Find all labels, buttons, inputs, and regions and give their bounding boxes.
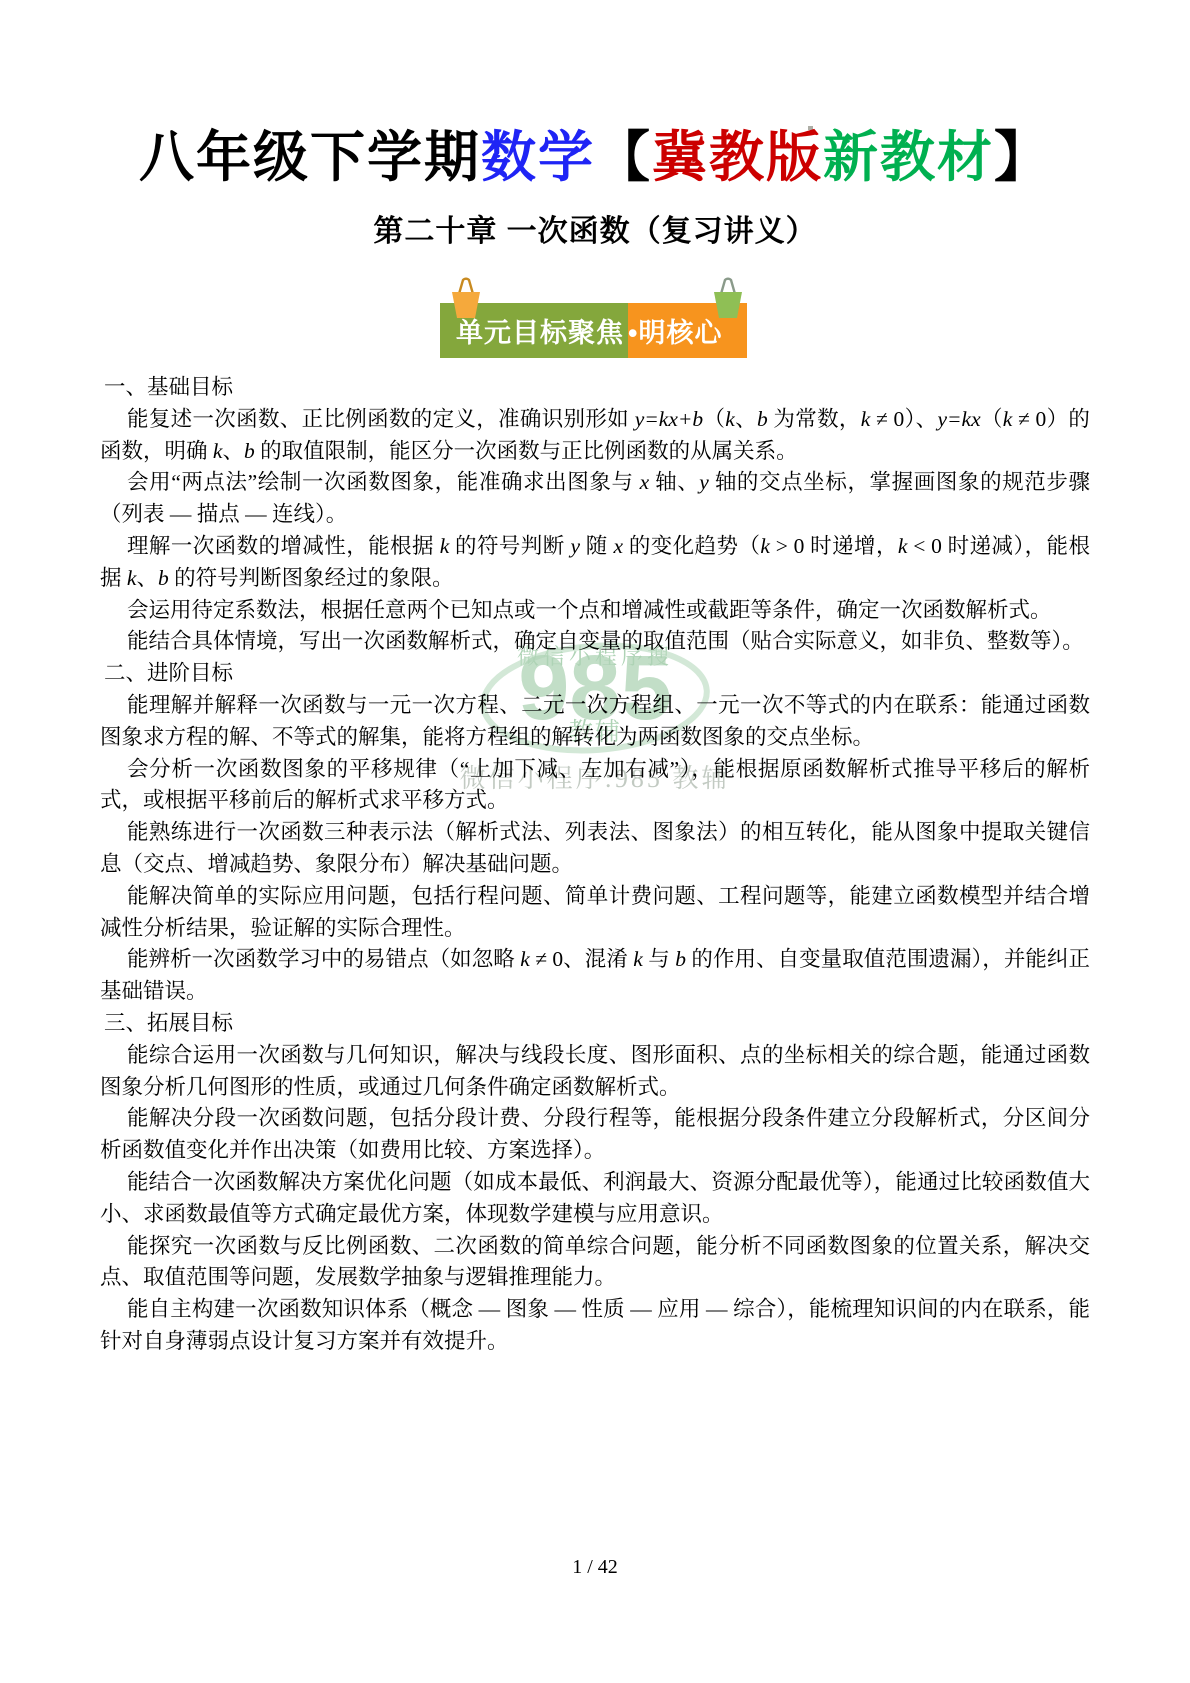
binder-clip-left-icon bbox=[448, 272, 484, 324]
title-segment: 冀教版 bbox=[652, 126, 823, 188]
goal-paragraph: 能结合一次函数解决方案优化问题（如成本最低、利润最大、资源分配最优等），能通过比… bbox=[100, 1167, 1090, 1231]
goal-section: 三、拓展目标 能综合运用一次函数与几何知识，解决与线段长度、图形面积、点的坐标相… bbox=[100, 1008, 1090, 1358]
section-paragraphs: 能复述一次函数、正比例函数的定义，准确识别形如 y=kx+b（k、b 为常数，k… bbox=[100, 404, 1090, 658]
section-paragraphs: 能理解并解释一次函数与一元一次方程、二元一次方程组、一元一次不等式的内在联系：能… bbox=[100, 690, 1090, 1008]
binder-clip-right-icon bbox=[710, 272, 746, 324]
goal-paragraph: 能解决简单的实际应用问题，包括行程问题、简单计费问题、工程问题等，能建立函数模型… bbox=[100, 881, 1090, 945]
title-segment: 八年级下学期 bbox=[139, 126, 481, 188]
goal-paragraph: 会分析一次函数图象的平移规律（“上加下减、左加右减”），能根据原函数解析式推导平… bbox=[100, 754, 1090, 818]
unit-goal-banner: 单元目标聚焦 •明核心 bbox=[440, 303, 747, 358]
section-heading: 二、进阶目标 bbox=[100, 658, 1090, 690]
goal-paragraph: 能熟练进行一次函数三种表示法（解析式法、列表法、图象法）的相互转化，能从图象中提… bbox=[100, 817, 1090, 881]
goal-paragraph: 能解决分段一次函数问题，包括分段计费、分段行程等，能根据分段条件建立分段解析式，… bbox=[100, 1103, 1090, 1167]
section-paragraphs: 能综合运用一次函数与几何知识，解决与线段长度、图形面积、点的坐标相关的综合题，能… bbox=[100, 1040, 1090, 1358]
section-heading: 三、拓展目标 bbox=[100, 1008, 1090, 1040]
page-subtitle: 第二十章 一次函数（复习讲义） bbox=[0, 206, 1190, 250]
title-segment: 】 bbox=[994, 126, 1051, 188]
goal-paragraph: 能结合具体情境，写出一次函数解析式，确定自变量的取值范围（贴合实际意义，如非负、… bbox=[100, 626, 1090, 658]
page-title: 八年级下学期数学【冀教版新教材】 bbox=[0, 126, 1190, 189]
goal-section: 一、基础目标 能复述一次函数、正比例函数的定义，准确识别形如 y=kx+b（k、… bbox=[100, 372, 1090, 658]
title-segment: 【 bbox=[595, 126, 652, 188]
title-segment: 新教材 bbox=[823, 126, 994, 188]
goal-paragraph: 能自主构建一次函数知识体系（概念 — 图象 — 性质 — 应用 — 综合），能梳… bbox=[100, 1294, 1090, 1358]
title-segment: 数学 bbox=[481, 126, 595, 188]
goal-paragraph: 能探究一次函数与反比例函数、二次函数的简单综合问题，能分析不同函数图象的位置关系… bbox=[100, 1231, 1090, 1295]
goal-paragraph: 理解一次函数的增减性，能根据 k 的符号判断 y 随 x 的变化趋势（k > 0… bbox=[100, 531, 1090, 595]
goal-section: 二、进阶目标 能理解并解释一次函数与一元一次方程、二元一次方程组、一元一次不等式… bbox=[100, 658, 1090, 1008]
goal-paragraph: 能综合运用一次函数与几何知识，解决与线段长度、图形面积、点的坐标相关的综合题，能… bbox=[100, 1040, 1090, 1104]
goal-paragraph: 能辨析一次函数学习中的易错点（如忽略 k ≠ 0、混淆 k 与 b 的作用、自变… bbox=[100, 944, 1090, 1008]
goal-paragraph: 能理解并解释一次函数与一元一次方程、二元一次方程组、一元一次不等式的内在联系：能… bbox=[100, 690, 1090, 754]
banner-right-label: •明核心 bbox=[628, 311, 722, 350]
page-number: 1 / 42 bbox=[0, 1556, 1190, 1579]
goals-body: 一、基础目标 能复述一次函数、正比例函数的定义，准确识别形如 y=kx+b（k、… bbox=[100, 372, 1090, 1358]
goal-paragraph: 会运用待定系数法，根据任意两个已知点或一个点和增减性或截距等条件，确定一次函数解… bbox=[100, 595, 1090, 627]
section-heading: 一、基础目标 bbox=[100, 372, 1090, 404]
goal-paragraph: 能复述一次函数、正比例函数的定义，准确识别形如 y=kx+b（k、b 为常数，k… bbox=[100, 404, 1090, 468]
goal-paragraph: 会用“两点法”绘制一次函数图象，能准确求出图象与 x 轴、y 轴的交点坐标，掌握… bbox=[100, 467, 1090, 531]
